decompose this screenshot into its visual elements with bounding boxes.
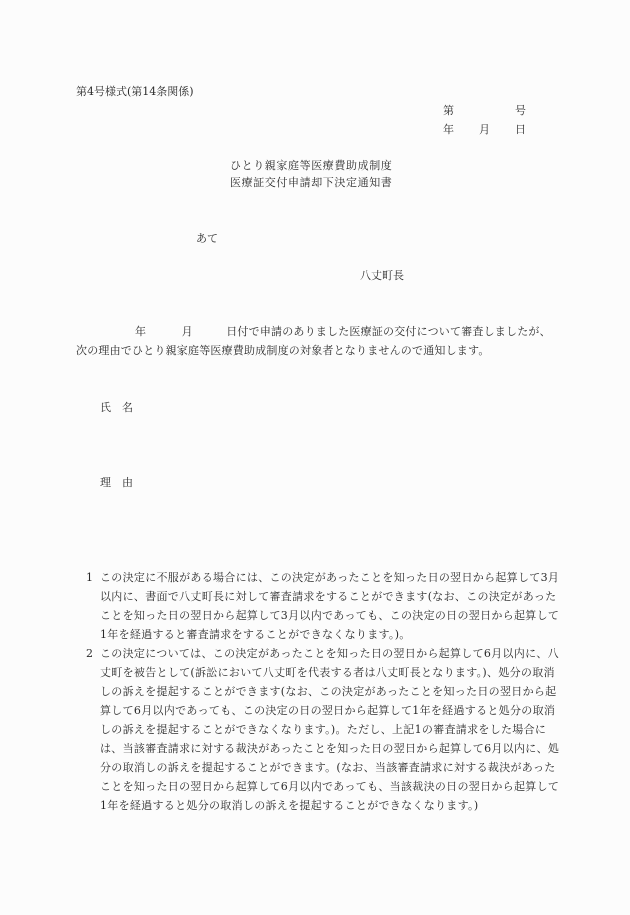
body-line-1: 年 月 日付で申請のありました医療証の交付について審査しましたが、 [135, 322, 551, 341]
note-text: この決定については、この決定があったことを知った日の翌日から起算して6月以内に、… [100, 647, 559, 812]
date-month: 月 [479, 121, 490, 138]
notes-list: 1 この決定に不服がある場合には、この決定があったことを知った日の翌日から起算し… [86, 568, 560, 815]
number-prefix: 第 [443, 102, 454, 119]
date-year: 年 [443, 121, 454, 138]
body-rest: 日付で申請のありました医療証の交付について審査しましたが、 [226, 325, 551, 338]
body-line-2: 次の理由でひとり親家庭等医療費助成制度の対象者となりませんので通知します。 [76, 341, 490, 360]
number-suffix: 号 [515, 102, 526, 119]
reason-label: 理 由 [100, 474, 133, 491]
issuer: 八丈町長 [360, 267, 404, 284]
note-index: 2 [86, 644, 93, 663]
note-item: 1 この決定に不服がある場合には、この決定があったことを知った日の翌日から起算し… [86, 568, 560, 644]
note-text: この決定に不服がある場合には、この決定があったことを知った日の翌日から起算して3… [100, 571, 559, 641]
body-month: 月 [182, 325, 193, 338]
title-line-1: ひとり親家庭等医療費助成制度 [230, 157, 392, 174]
note-index: 1 [86, 568, 93, 587]
body-year: 年 [135, 325, 146, 338]
name-label: 氏 名 [100, 399, 133, 416]
addressee-suffix: あて [196, 230, 218, 247]
title-line-2: 医療証交付申請却下決定通知書 [230, 174, 392, 191]
date-day: 日 [515, 121, 526, 138]
form-label: 第4号様式(第14条関係) [76, 83, 194, 100]
note-item: 2 この決定については、この決定があったことを知った日の翌日から起算して6月以内… [86, 644, 560, 815]
